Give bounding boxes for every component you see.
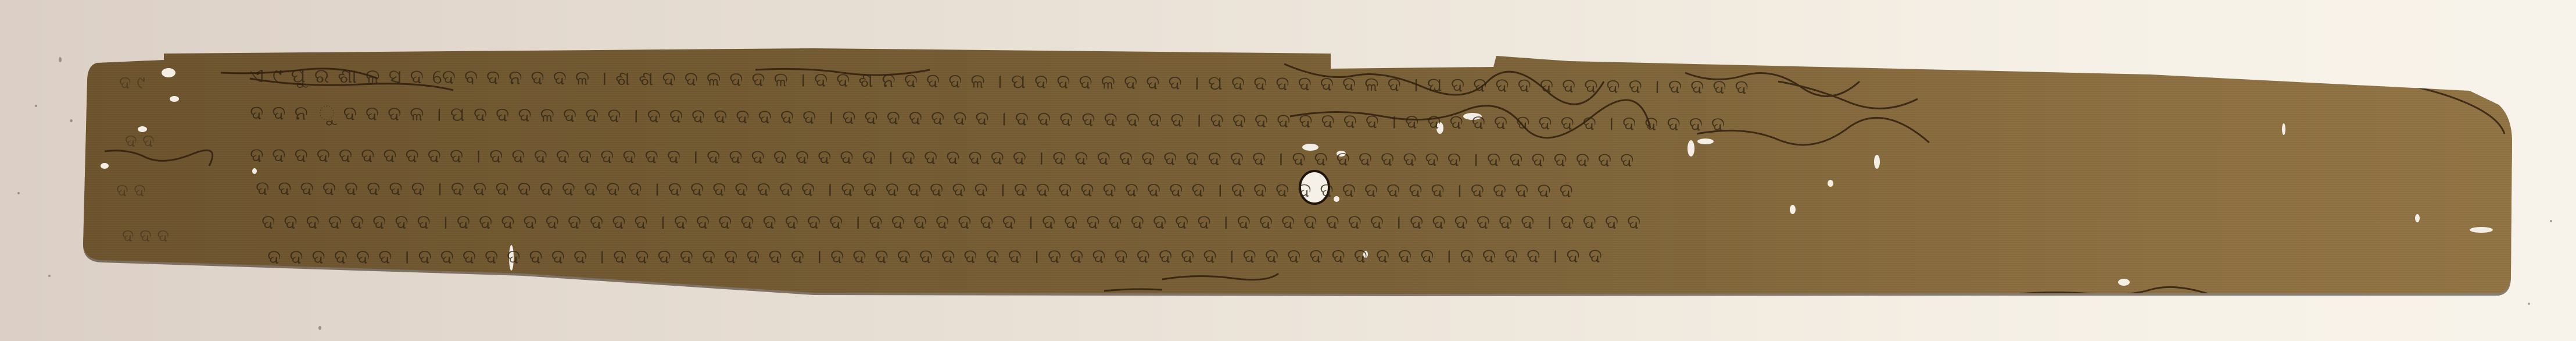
text-line-6: ଦ ଦ ଦ ଦ ଦ ଦ । ଦ ଦ ଦ ଦ ଦ ଦ ଦ ଦ । ଦ ଦ ଦ ଦ … — [267, 243, 2330, 270]
marginalia-1: ଦ ୯ — [119, 73, 145, 93]
text-line-4: ଦ ଦ ଦ ଦ ଦ ଦ ଦ ଦ । ଦ ଦ ଦ ଦ ଦ ଦ ଦ ଦ ଦ । ଦ … — [256, 176, 2446, 205]
text-line-5: ଦ ଦ ଦ ଦ ଦ ଦ ଦ ଦ । ଦ ଦ ଦ ଦ ଦ ଦ ଦ ଦ ଦ । ଦ … — [261, 209, 2446, 235]
marginalia-4: ଦ ଦ ଦ — [122, 226, 169, 246]
marginalia-3: ଦ ଦ — [116, 180, 146, 201]
marginalia-2: ଦ ଦ — [125, 131, 155, 151]
